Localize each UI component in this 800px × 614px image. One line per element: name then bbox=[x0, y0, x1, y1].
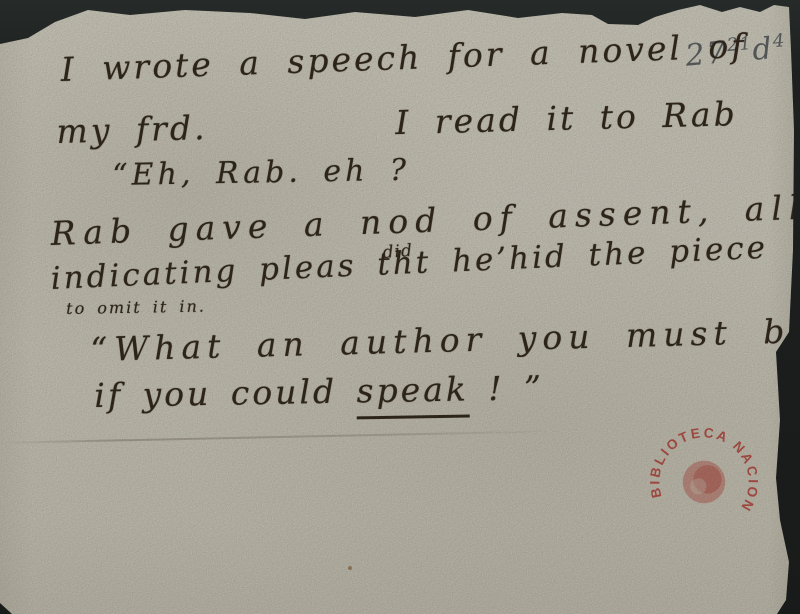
handwriting-line-2: my frd. I read it to Rab bbox=[56, 94, 738, 151]
catalog-letter: d bbox=[751, 31, 775, 68]
interlinear-insertion-below: to omit it in. bbox=[66, 297, 206, 318]
line-7-post: ! ” bbox=[469, 368, 545, 408]
line-7-pre: if you could bbox=[94, 371, 357, 415]
interlinear-insertion-above: did bbox=[382, 241, 414, 263]
manuscript-paper: 2721d4 - 2 I wrote a speech for a novel … bbox=[0, 0, 800, 614]
handwriting-line-6: “What an author you must be bbox=[90, 311, 800, 369]
library-stamp: BIBLIOTECA NACIONAL bbox=[628, 406, 780, 558]
underlined-word: speak bbox=[356, 369, 469, 419]
catalog-tail: - 2 bbox=[784, 24, 800, 58]
scan-background: 2721d4 - 2 I wrote a speech for a novel … bbox=[0, 0, 800, 614]
handwriting-line-3: “Eh, Rab. eh ? bbox=[112, 153, 410, 193]
handwriting-line-7: if you could speak ! ” bbox=[94, 368, 544, 415]
paper-crease bbox=[0, 430, 560, 444]
paper-speck bbox=[348, 566, 352, 570]
